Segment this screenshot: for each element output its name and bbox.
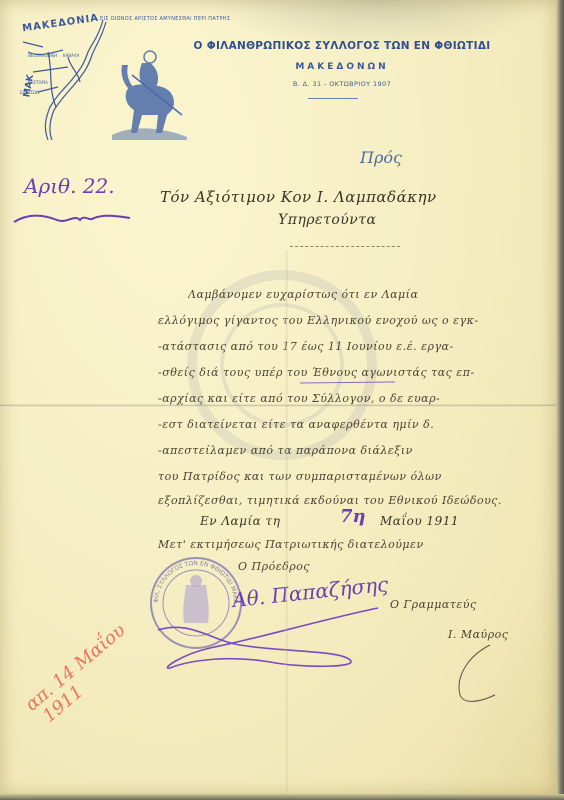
secretary-title: Ο Γραμματεύς bbox=[390, 598, 477, 611]
body-line: -απεστείλαμεν από τα παράπονα διάλεξιν bbox=[158, 444, 538, 457]
founding-decree: Β. Δ. 31 - ΟΚΤΩΒΡΙΟΥ 1907 bbox=[172, 80, 512, 88]
divider bbox=[290, 246, 400, 247]
svg-text:ΚΑΒΑΛΑ: ΚΑΒΑΛΑ bbox=[63, 53, 80, 58]
president-title: Ο Πρόεδρος bbox=[238, 560, 310, 573]
document-page: ΘΕΣΣΑΛΟΝΙΚΗ ΚΑΒΑΛΑ ΚΑΣΤΟΡΙΑ ΕΛΑΣΣΩΝ ΜΑΚ … bbox=[0, 0, 556, 796]
date-day: 7η bbox=[340, 506, 366, 527]
secretary-flourish bbox=[450, 640, 510, 710]
place-date-prefix: Εν Λαμία τη bbox=[200, 514, 280, 528]
red-pencil-annotation: απ. 14 Μαΐου 1911 bbox=[22, 621, 142, 731]
scan-edge-bottom bbox=[0, 794, 564, 800]
body-line: -εστ διατείνεται είτε τα αναφερθέντα ημί… bbox=[158, 418, 538, 431]
ornament-divider bbox=[308, 98, 358, 103]
scan-edge-right bbox=[556, 0, 564, 800]
to-label: Πρός bbox=[360, 148, 402, 167]
body-line: -σθείς διά τους υπέρ του Έθνους αγωνιστά… bbox=[158, 366, 538, 379]
addressee-line-2: Υπηρετούντα bbox=[278, 212, 376, 228]
addressee-line-1: Τόν Αξιότιμον Κον Ι. Λαμπαδάκην bbox=[160, 188, 437, 206]
svg-text:ΘΕΣΣΑΛΟΝΙΚΗ: ΘΕΣΣΑΛΟΝΙΚΗ bbox=[28, 53, 57, 58]
underline bbox=[300, 380, 395, 386]
map-motto: ΕΙΣ ΟΙΩΝΟΣ ΑΡΙΣΤΟΣ ΑΜΥΝΕΣΘΑΙ ΠΕΡΙ ΠΑΤΡΗΣ bbox=[100, 16, 230, 22]
body-line: ελλόγιμος γίγαντος του Ελληνικού ενοχού … bbox=[158, 314, 538, 327]
organization-subtitle: ΜΑΚΕΔΟΝΩΝ bbox=[172, 62, 512, 72]
saint-george-rider-icon bbox=[112, 45, 187, 140]
signature-flourish bbox=[150, 600, 380, 670]
body-line: Λαμβάνομεν ευχαρίστως ότι εν Λαμία bbox=[188, 288, 564, 301]
body-line: -ατάστασις από του 17 έως 11 Ιουνίου ε.έ… bbox=[158, 340, 538, 353]
date-month-year: Μαΐου 1911 bbox=[380, 514, 459, 528]
fold-crease-vertical bbox=[285, 250, 288, 800]
closing-line: Μετ' εκτιμήσεως Πατριωτικής διατελούμεν bbox=[158, 538, 424, 551]
fold-crease-horizontal bbox=[0, 404, 556, 407]
reference-number: Αριθ. 22. bbox=[24, 174, 115, 198]
organization-name: Ο ΦΙΛΑΝΘΡΩΠΙΚΟΣ ΣΥΛΛΟΓΟΣ ΤΩΝ ΕΝ ΦΘΙΩΤΙΔΙ bbox=[172, 40, 512, 52]
body-line: του Πατρίδος και των συμπαρισταμένων όλω… bbox=[158, 470, 538, 483]
reference-underline bbox=[12, 212, 132, 226]
